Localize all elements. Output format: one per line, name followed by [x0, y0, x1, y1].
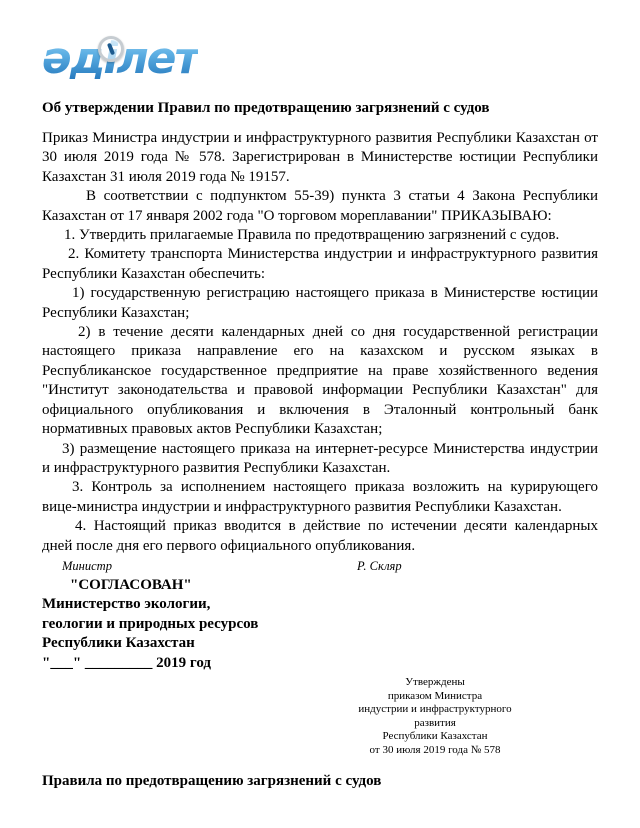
approval-line-6: от 30 июля 2019 года № 578: [295, 744, 575, 758]
document-page: әділет Об утверждении Правил по предотвр…: [0, 0, 640, 828]
adilet-logo: әділет: [42, 34, 598, 88]
magnifier-icon: [98, 36, 124, 62]
agreed-block: "СОГЛАСОВАН" Министерство экологии, геол…: [42, 576, 598, 674]
approval-block: Утверждены приказом Министра индустрии и…: [295, 676, 575, 757]
rules-heading: Правила по предотвращению загрязнений с …: [42, 771, 598, 791]
approval-line-1: Утверждены: [295, 676, 575, 690]
approval-line-4: развития: [295, 717, 575, 731]
magnifier-handle: [107, 43, 115, 56]
paragraph-item-1: 1. Утвердить прилагаемые Правила по пред…: [42, 226, 598, 245]
agreed-ministry-line-3: Республики Казахстан: [42, 634, 598, 654]
agreed-ministry-line-2: геологии и природных ресурсов: [42, 615, 598, 635]
paragraph-item-2: 2. Комитету транспорта Министерства инду…: [42, 245, 598, 284]
document-body: Приказ Министра индустрии и инфраструкту…: [42, 129, 598, 556]
paragraph-subitem-3: 3) размещение настоящего приказа на инте…: [42, 440, 598, 479]
paragraph-item-4: 4. Настоящий приказ вводится в действие …: [42, 517, 598, 556]
paragraph-subitem-1: 1) государственную регистрацию настоящег…: [42, 284, 598, 323]
document-title: Об утверждении Правил по предотвращению …: [42, 98, 598, 118]
agreed-date-blank: "___" _________ 2019 год: [42, 654, 598, 674]
approval-line-3: индустрии и инфраструктурного: [295, 703, 575, 717]
agreed-label: "СОГЛАСОВАН": [42, 576, 598, 596]
approval-line-5: Республики Казахстан: [295, 730, 575, 744]
agreed-ministry-line-1: Министерство экологии,: [42, 595, 598, 615]
paragraph-subitem-2: 2) в течение десяти календарных дней со …: [42, 323, 598, 439]
approval-line-2: приказом Министра: [295, 690, 575, 704]
signer-position: Министр: [62, 559, 112, 573]
paragraph-preamble: В соответствии с подпунктом 55-39) пункт…: [42, 187, 598, 226]
paragraph-order-info: Приказ Министра индустрии и инфраструкту…: [42, 129, 598, 187]
signer-name: Р. Скляр: [357, 557, 402, 576]
signature-row: Министр Р. Скляр: [42, 557, 598, 576]
paragraph-item-3: 3. Контроль за исполнением настоящего пр…: [42, 478, 598, 517]
